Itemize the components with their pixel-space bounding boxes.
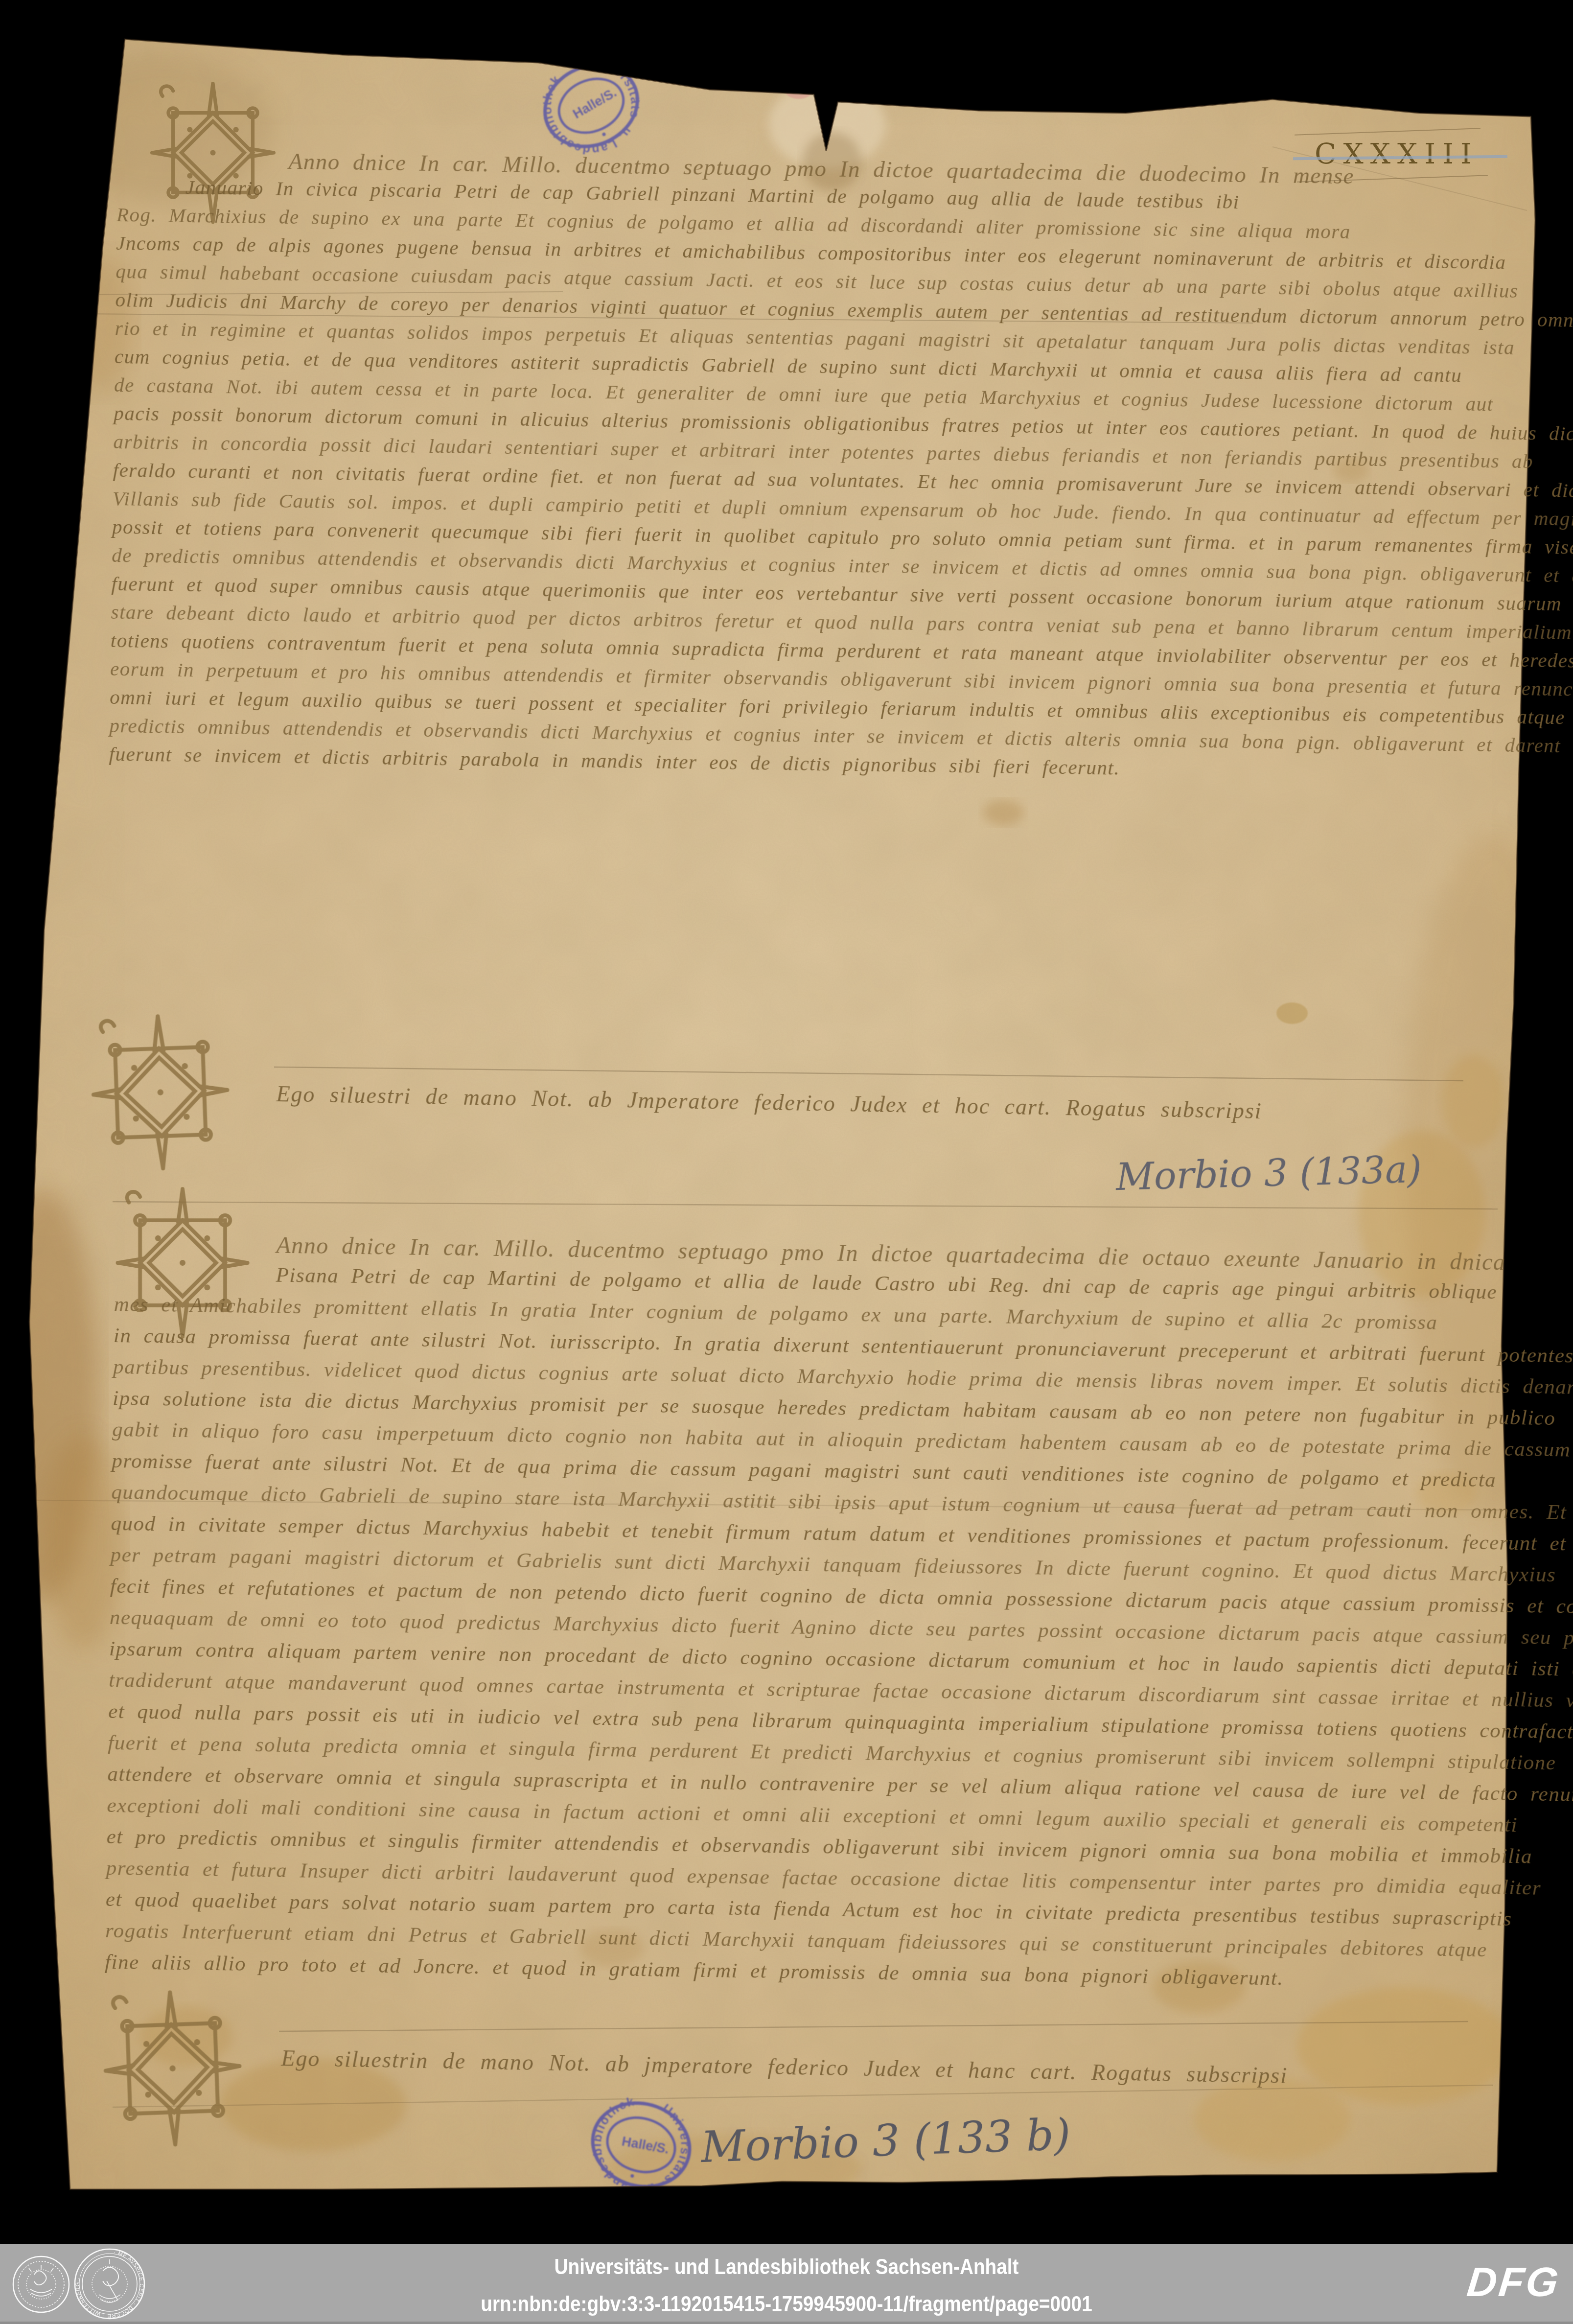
library-seals: · ME AVSPICE CEPIT · DOCERE · WITTENBERG…	[6, 2244, 167, 2322]
footer-bar: · ME AVSPICE CEPIT · DOCERE · WITTENBERG…	[0, 2244, 1573, 2324]
dfg-logo: DFG	[1465, 2258, 1563, 2306]
charter-2-text-block: Anno dnice In car. Millo. ducentmo septu…	[105, 1230, 1476, 2000]
folio-number: CXXXIII	[1315, 137, 1479, 170]
urn-identifier: urn:nbn:de:gbv:3:3-1192015415-1759945900…	[356, 2292, 1217, 2317]
footer-text-block: Universitäts- und Landesbibliothek Sachs…	[297, 2244, 1276, 2317]
university-seal-halle	[13, 2256, 69, 2312]
library-name: Universitäts- und Landesbibliothek Sachs…	[356, 2255, 1217, 2279]
scan-stage: Universitäts- u. Landesbibliothek Halle/…	[0, 0, 1573, 2324]
pencil-annotation-133a: Morbio 3 (133a)	[1115, 1147, 1422, 1199]
charter-1-text-block: Anno dnice In car. Millo. ducentmo septu…	[109, 146, 1463, 789]
university-seal-wittenberg: · ME AVSPICE CEPIT · DOCERE · WITTENBERG…	[75, 2249, 144, 2319]
